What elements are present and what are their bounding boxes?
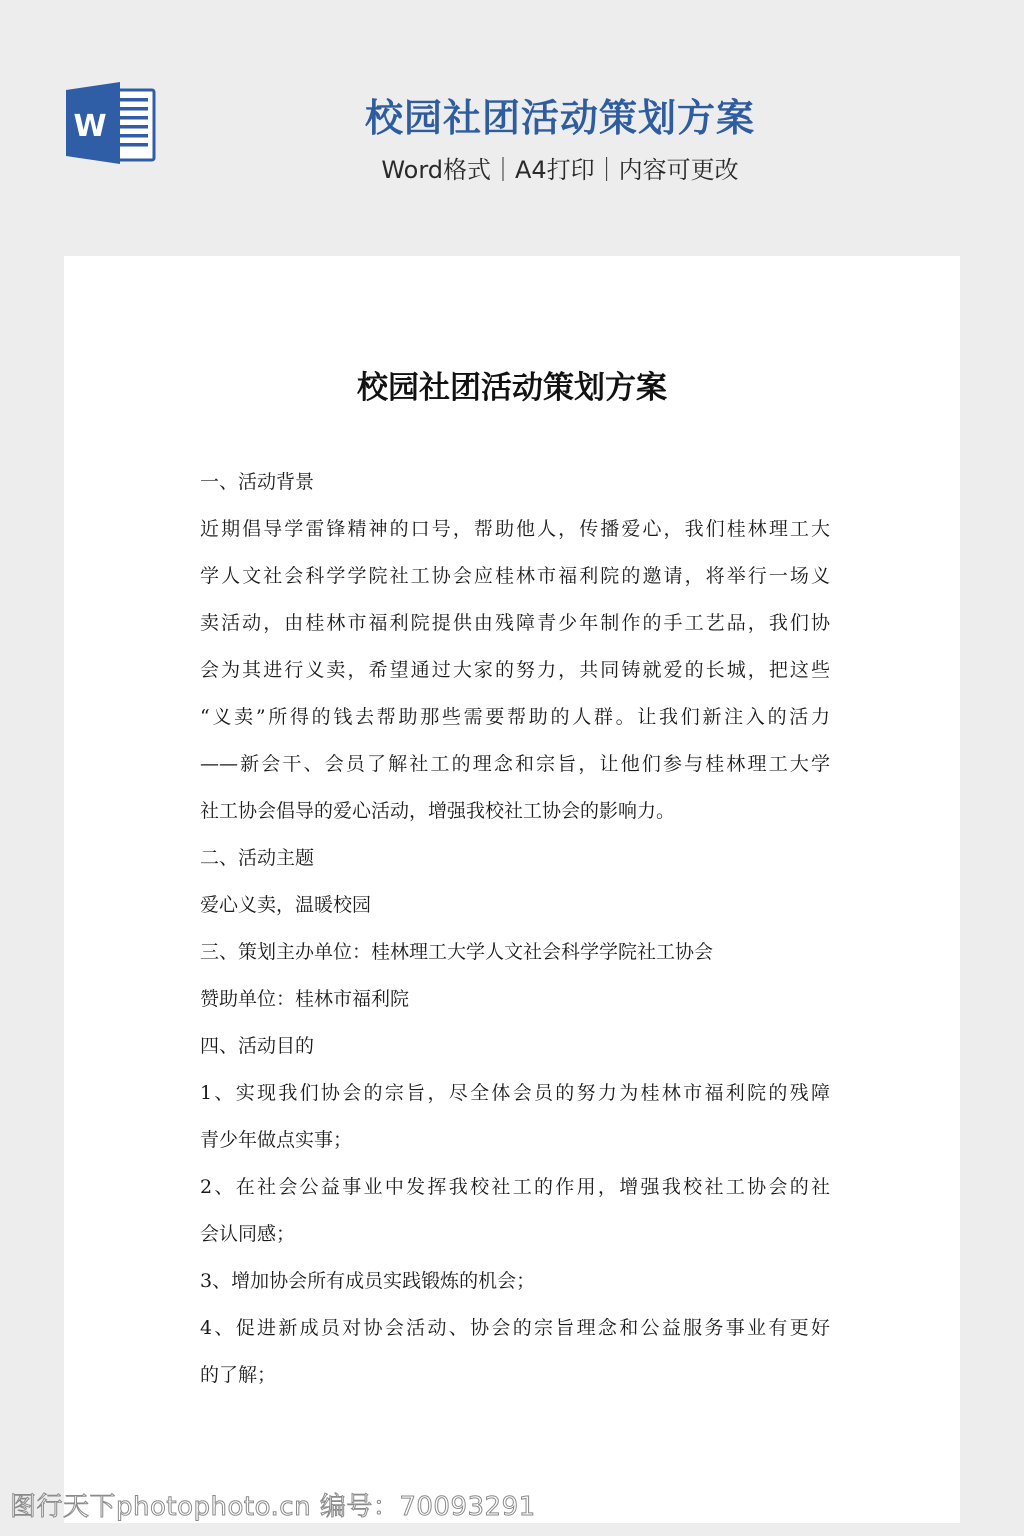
document-body: 一、活动背景 近期倡导学雷锋精神的口号，帮助他人，传播爱心，我们桂林理工大 学人… (200, 463, 830, 1403)
list-item-line: 4、促进新成员对协会活动、协会的宗旨理念和公益服务事业有更好 (200, 1309, 830, 1356)
watermark-text: 图行天下photophoto.cn 编号：70093291 (10, 1490, 536, 1524)
list-item-line: 青少年做点实事； (200, 1121, 830, 1168)
section-heading-theme: 二、活动主题 (200, 839, 830, 886)
svg-text:W: W (73, 109, 106, 144)
list-item-line: 会认同感； (200, 1215, 830, 1262)
paragraph-line: 爱心义卖，温暖校园 (200, 886, 830, 933)
paragraph-line: 学人文社会科学学院社工协会应桂林市福利院的邀请，将举行一场义 (200, 557, 830, 604)
paragraph-line: ——新会干、会员了解社工的理念和宗旨，让他们参与桂林理工大学 (200, 745, 830, 792)
paragraph-line: 会为其进行义卖，希望通过大家的努力，共同铸就爱的长城，把这些 (200, 651, 830, 698)
section-heading-purpose: 四、活动目的 (200, 1027, 830, 1074)
paragraph-line: 卖活动，由桂林市福利院提供由残障青少年制作的手工艺品，我们协 (200, 604, 830, 651)
header-title: 校园社团活动策划方案 (340, 92, 780, 144)
header-subtitle: Word格式｜A4打印｜内容可更改 (340, 152, 780, 188)
list-item-line: 的了解； (200, 1356, 830, 1403)
document-title: 校园社团活动策划方案 (64, 364, 960, 412)
document-page: 校园社团活动策划方案 一、活动背景 近期倡导学雷锋精神的口号，帮助他人，传播爱心… (64, 256, 960, 1523)
paragraph-line: 近期倡导学雷锋精神的口号，帮助他人，传播爱心，我们桂林理工大 (200, 510, 830, 557)
paragraph-line: 赞助单位：桂林市福利院 (200, 980, 830, 1027)
list-item-line: 2、在社会公益事业中发挥我校社工的作用，增强我校社工协会的社 (200, 1168, 830, 1215)
paragraph-line: 社工协会倡导的爱心活动，增强我校社工协会的影响力。 (200, 792, 830, 839)
section-heading-background: 一、活动背景 (200, 463, 830, 510)
list-item-line: 3、增加协会所有成员实践锻炼的机会； (200, 1262, 830, 1309)
list-item-line: 1、实现我们协会的宗旨，尽全体会员的努力为桂林市福利院的残障 (200, 1074, 830, 1121)
paragraph-line: “义卖”所得的钱去帮助那些需要帮助的人群。让我们新注入的活力 (200, 698, 830, 745)
section-heading-organizer: 三、策划主办单位：桂林理工大学人文社会科学学院社工协会 (200, 933, 830, 980)
word-document-icon: W (64, 82, 156, 164)
